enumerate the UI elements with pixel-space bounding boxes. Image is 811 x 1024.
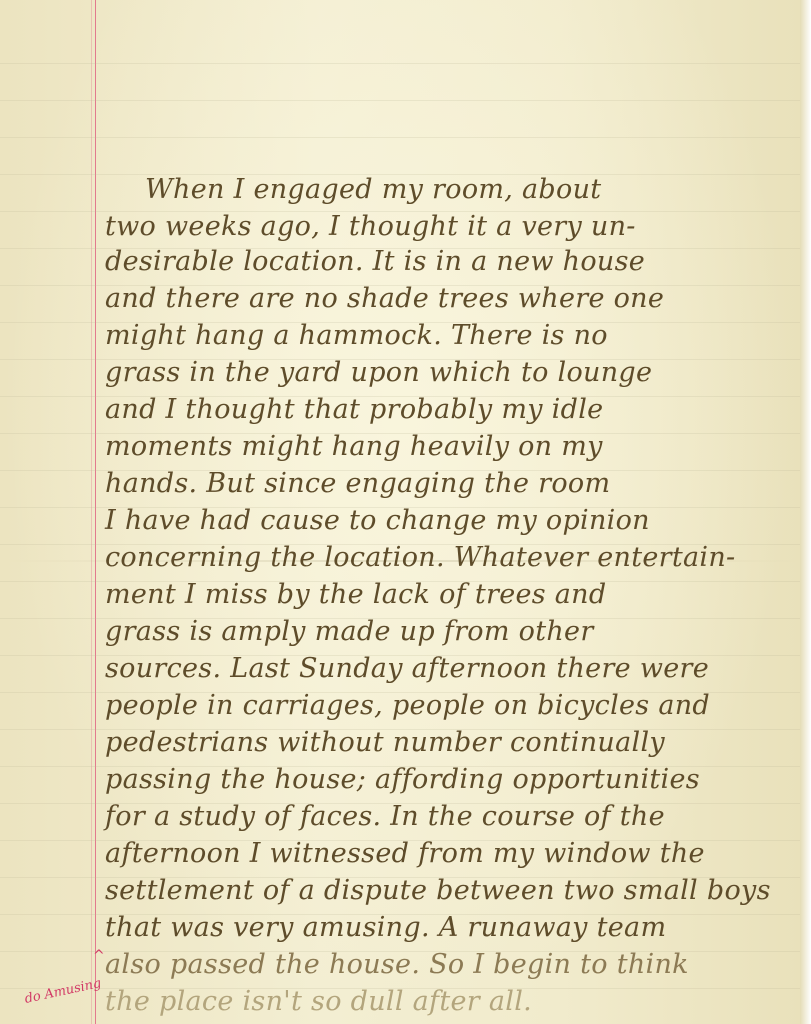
ruled-line	[0, 137, 800, 138]
text-line: also passed the house. So I begin to thi…	[105, 949, 689, 980]
text-line: I have had cause to change my opinion	[105, 505, 650, 536]
text-line: might hang a hammock. There is no	[105, 320, 608, 351]
text-line: moments might hang heavily on my	[105, 431, 603, 462]
insert-caret-mark: ^	[93, 948, 105, 964]
text-line: afternoon I witnessed from my window the	[105, 838, 705, 869]
text-line: desirable location. It is in a new house	[105, 246, 645, 277]
text-line: that was very amusing. A runaway team	[105, 912, 666, 943]
text-line: people in carriages, people on bicycles …	[105, 690, 710, 721]
letter-paper: When I engaged my room, abouttwo weeks a…	[0, 0, 800, 1024]
text-line: grass is amply made up from other	[105, 616, 594, 647]
margin-line-faint	[91, 0, 92, 1024]
text-line: and there are no shade trees where one	[105, 283, 664, 314]
ruled-line	[0, 100, 800, 101]
text-line: two weeks ago, I thought it a very un-	[105, 211, 636, 242]
text-line: passing the house; affording opportuniti…	[105, 764, 700, 795]
text-line: concerning the location. Whatever entert…	[105, 542, 735, 573]
page-edge	[800, 0, 811, 1024]
text-line: settlement of a dispute between two smal…	[105, 875, 771, 906]
text-line: and I thought that probably my idle	[105, 394, 603, 425]
margin-line	[95, 0, 96, 1024]
text-line: for a study of faces. In the course of t…	[105, 801, 665, 832]
text-line: When I engaged my room, about	[145, 174, 601, 205]
text-line: ment I miss by the lack of trees and	[105, 579, 606, 610]
text-line: pedestrians without number continually	[105, 727, 665, 758]
text-line: sources. Last Sunday afternoon there wer…	[105, 653, 709, 684]
text-line: hands. But since engaging the room	[105, 468, 610, 499]
text-line: grass in the yard upon which to lounge	[105, 357, 652, 388]
ruled-line	[0, 63, 800, 64]
text-line: the place isn't so dull after all.	[105, 986, 532, 1017]
